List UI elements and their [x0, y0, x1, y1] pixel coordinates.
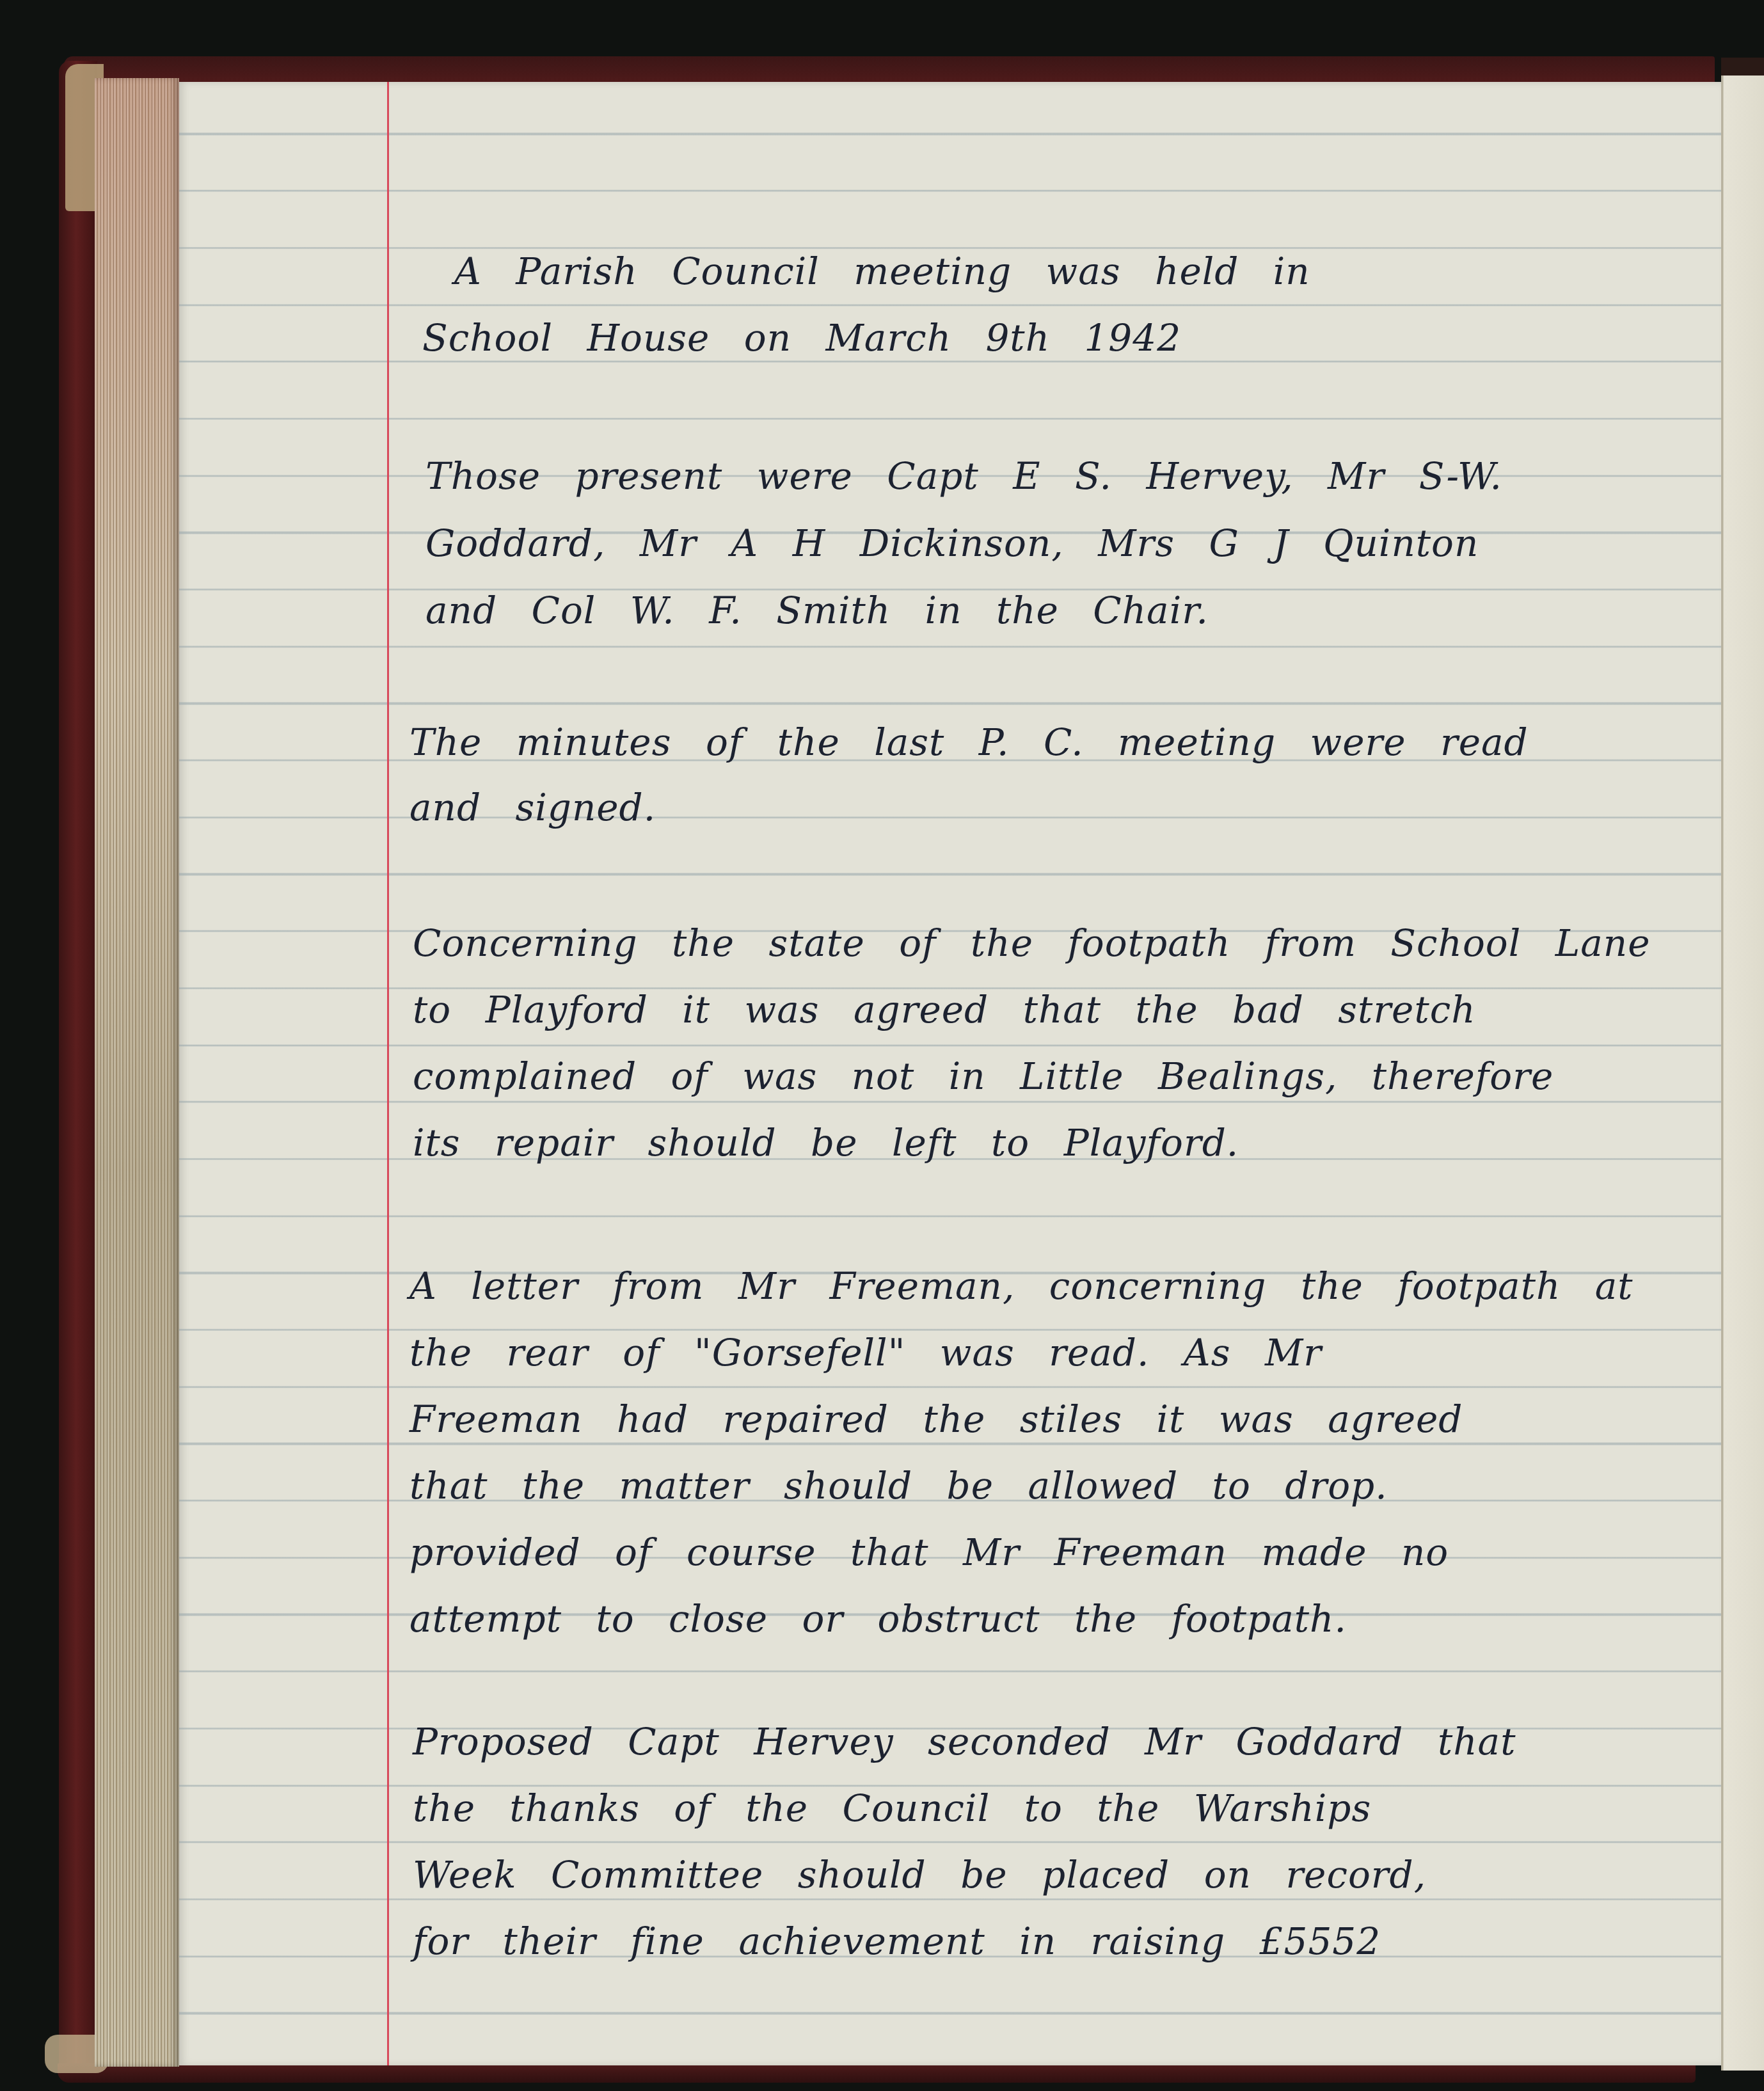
text-line: Concerning the state of the footpath fro…: [413, 921, 1651, 965]
text-line: and signed.: [409, 786, 656, 829]
text-line: that the matter should be allowed to dro…: [409, 1464, 1388, 1507]
book-cover-top-edge: [64, 56, 1715, 82]
text-line: A letter from Mr Freeman, concerning the…: [409, 1264, 1633, 1308]
text-line: A Parish Council meeting was held in: [454, 250, 1310, 293]
text-line: the rear of "Gorsefell" was read. As Mr: [409, 1331, 1322, 1374]
book-cover-spine-edge: [59, 61, 97, 2076]
next-page-sliver: [1721, 76, 1764, 2071]
text-line: complained of was not in Little Bealings…: [413, 1054, 1553, 1098]
text-line: Week Committee should be placed on recor…: [413, 1853, 1426, 1896]
text-line: and Col W. F. Smith in the Chair.: [425, 589, 1209, 632]
ledger-page: A Parish Council meeting was held in Sch…: [179, 82, 1721, 2065]
text-line: Goddard, Mr A H Dickinson, Mrs G J Quint…: [425, 521, 1479, 565]
text-line: the thanks of the Council to the Warship…: [413, 1786, 1371, 1830]
text-line: School House on March 9th 1942: [422, 316, 1181, 360]
text-line: to Playford it was agreed that the bad s…: [413, 988, 1476, 1031]
text-line: Proposed Capt Hervey seconded Mr Goddard…: [413, 1720, 1516, 1763]
text-line: provided of course that Mr Freeman made …: [409, 1530, 1449, 1574]
next-page-cover-edge: [1721, 58, 1764, 77]
text-line: attempt to close or obstruct the footpat…: [409, 1597, 1347, 1641]
text-line: The minutes of the last P. C. meeting we…: [409, 720, 1529, 764]
handwritten-minutes: A Parish Council meeting was held in Sch…: [179, 82, 1721, 2065]
page-fore-edges: [95, 78, 179, 2067]
text-line: for their fine achievement in raising £5…: [413, 1920, 1381, 1963]
text-line: Freeman had repaired the stiles it was a…: [409, 1397, 1463, 1441]
text-line: Those present were Capt E S. Hervey, Mr …: [425, 454, 1502, 498]
text-line: its repair should be left to Playford.: [413, 1121, 1239, 1165]
book-cover-bottom-edge: [58, 2063, 1696, 2083]
